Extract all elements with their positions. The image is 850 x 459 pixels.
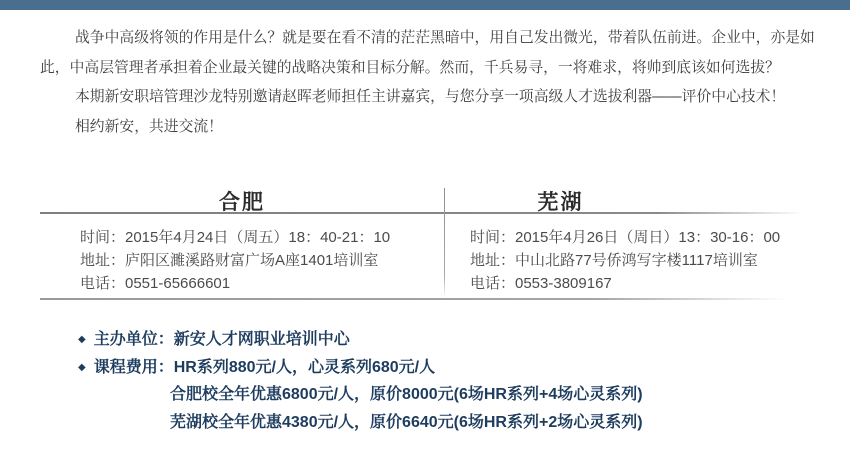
diamond-bullet-icon: ◆ xyxy=(78,354,86,382)
session-details-wuhu: 时间：2015年4月26日（周日）13：30-16：00 地址：中山北路77号侨… xyxy=(470,226,830,296)
session-phone: 电话：0551-65666601 xyxy=(80,272,440,295)
session-address: 地址：庐阳区濉溪路财富广场A座1401培训室 xyxy=(80,249,440,272)
session-time: 时间：2015年4月26日（周日）13：30-16：00 xyxy=(470,226,830,249)
hefei-offer-text: 合肥校全年优惠6800元/人，原价8000元(6场HR系列+4场心灵系列) xyxy=(170,386,643,403)
session-details-hefei: 时间：2015年4月24日（周五）18：40-21：10 地址：庐阳区濉溪路财富… xyxy=(80,226,440,296)
organizer-line: ◆主办单位：新安人才网职业培训中心 xyxy=(78,326,818,354)
wuhu-offer-text: 芜湖校全年优惠4380元/人，原价6640元(6场HR系列+2场心灵系列) xyxy=(170,414,643,431)
intro-paragraph-1: 战争中高级将领的作用是什么？就是要在看不清的茫茫黑暗中，用自己发出微光，带着队伍… xyxy=(40,24,815,83)
flyer-page: 战争中高级将领的作用是什么？就是要在看不清的茫茫黑暗中，用自己发出微光，带着队伍… xyxy=(0,0,850,459)
intro-paragraph-2: 本期新安职培管理沙龙特别邀请赵晖老师担任主讲嘉宾，与您分享一项高级人才选拔利器—… xyxy=(40,83,815,113)
diamond-bullet-icon: ◆ xyxy=(78,326,86,354)
session-time: 时间：2015年4月24日（周五）18：40-21：10 xyxy=(80,226,440,249)
intro-section: 战争中高级将领的作用是什么？就是要在看不清的茫茫黑暗中，用自己发出微光，带着队伍… xyxy=(40,24,815,142)
session-address: 地址：中山北路77号侨鸿写字楼1117培训室 xyxy=(470,249,830,272)
hefei-offer-line: 合肥校全年优惠6800元/人，原价8000元(6场HR系列+4场心灵系列) xyxy=(78,381,818,409)
fees-line: ◆课程费用：HR系列880元/人，心灵系列680元/人 xyxy=(78,354,818,382)
session-phone: 电话：0553-3809167 xyxy=(470,272,830,295)
column-divider-line xyxy=(444,188,445,298)
fees-text: 课程费用：HR系列880元/人，心灵系列680元/人 xyxy=(94,359,435,376)
footer-info-section: ◆主办单位：新安人才网职业培训中心 ◆课程费用：HR系列880元/人，心灵系列6… xyxy=(78,326,818,436)
wuhu-offer-line: 芜湖校全年优惠4380元/人，原价6640元(6场HR系列+2场心灵系列) xyxy=(78,409,818,437)
section-bottom-line xyxy=(40,298,812,300)
intro-paragraph-3: 相约新安，共进交流！ xyxy=(40,113,815,143)
header-divider-line xyxy=(40,212,812,214)
organizer-text: 主办单位：新安人才网职业培训中心 xyxy=(94,331,350,348)
header-accent-bar xyxy=(0,0,850,10)
